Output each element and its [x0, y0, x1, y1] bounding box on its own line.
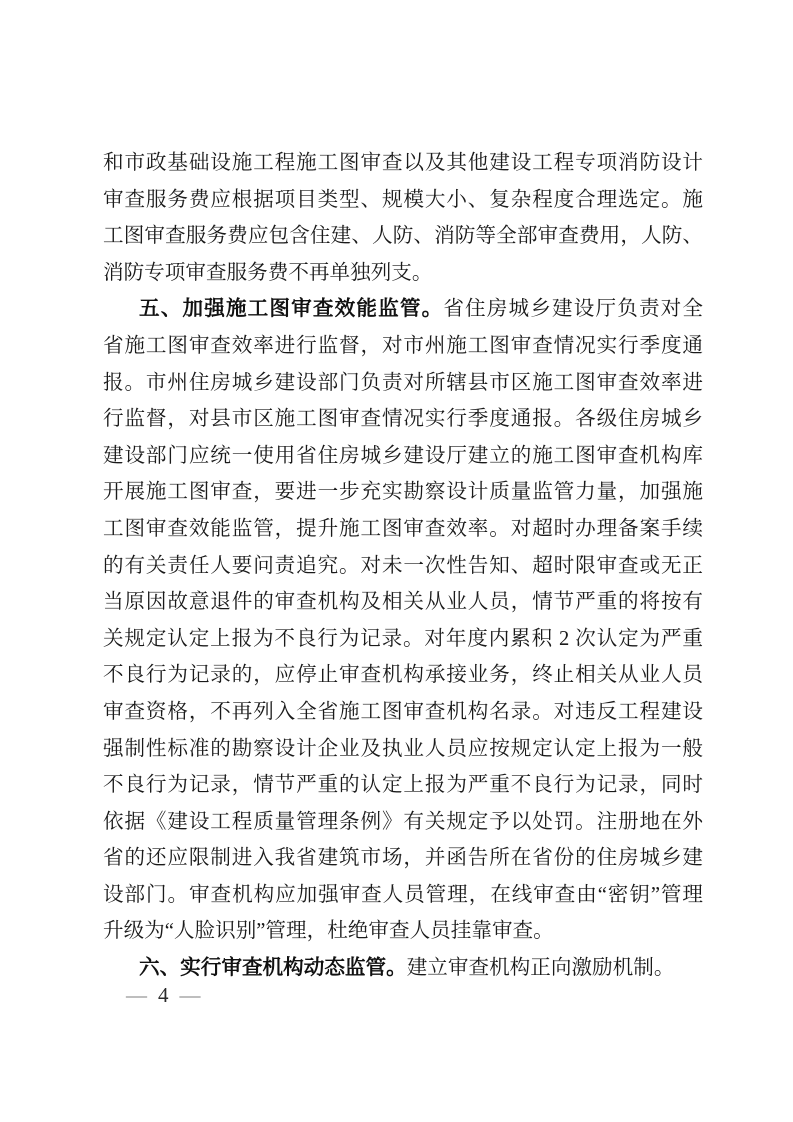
page-number-dash-right: — — [180, 983, 201, 1007]
text-line: 和市政基础设施工程施工图审查以及其他建设工程专项消防设计 — [103, 145, 703, 182]
section-heading: 六、实行审查机构动态监管。 — [139, 956, 407, 979]
line-text: 当原因故意退件的审查机构及相关从业人员，情节严重的将按有 — [103, 591, 703, 613]
text-line: 开展施工图审查，要进一步充实勘察设计质量监管力量，加强施 — [103, 474, 703, 511]
text-line: 设部门。审查机构应加强审查人员管理，在线审查由“密钥”管理 — [103, 877, 703, 914]
text-line: 升级为“人脸识别”管理，杜绝审查人员挂靠审查。 — [103, 913, 703, 950]
line-text: 设部门。审查机构应加强审查人员管理，在线审查由“密钥”管理 — [103, 884, 703, 906]
text-line: 工图审查效能监管，提升施工图审查效率。对超时办理备案手续 — [103, 511, 703, 548]
text-block: 和市政基础设施工程施工图审查以及其他建设工程专项消防设计 审查服务费应根据项目类… — [103, 145, 703, 987]
line-text: 强制性标准的勘察设计企业及执业人员应按规定认定上报为一般 — [103, 738, 703, 760]
line-text: 的有关责任人要问责追究。对未一次性告知、超时限审查或无正 — [103, 555, 703, 577]
line-text: 开展施工图审查，要进一步充实勘察设计质量监管力量，加强施 — [103, 481, 703, 503]
line-text: 建设部门应统一使用省住房城乡建设厅建立的施工图审查机构库 — [103, 445, 703, 467]
text-line: 的有关责任人要问责追究。对未一次性告知、超时限审查或无正 — [103, 548, 703, 585]
page-number: —4— — [126, 982, 201, 1008]
line-text: 省住房城乡建设厅负责对全 — [443, 298, 703, 320]
text-line: 行监督，对县市区施工图审查情况实行季度通报。各级住房城乡 — [103, 401, 703, 438]
text-line: 五、加强施工图审查效能监管。省住房城乡建设厅负责对全 — [103, 291, 703, 328]
text-line: 建设部门应统一使用省住房城乡建设厅建立的施工图审查机构库 — [103, 438, 703, 475]
line-text: 不良行为记录，情节严重的认定上报为严重不良行为记录，同时 — [103, 774, 703, 796]
line-text: 依据《建设工程质量管理条例》有关规定予以处罚。注册地在外 — [103, 811, 703, 833]
line-text: 行监督，对县市区施工图审查情况实行季度通报。各级住房城乡 — [103, 408, 703, 430]
text-line: 不良行为记录，情节严重的认定上报为严重不良行为记录，同时 — [103, 767, 703, 804]
text-line: 当原因故意退件的审查机构及相关从业人员，情节严重的将按有 — [103, 584, 703, 621]
line-text: 报。市州住房城乡建设部门负责对所辖县市区施工图审查效率进 — [103, 372, 703, 394]
line-text: 工图审查效能监管，提升施工图审查效率。对超时办理备案手续 — [103, 518, 703, 540]
page-number-value: 4 — [158, 983, 169, 1007]
line-text: 建立审查机构正向激励机制。 — [407, 957, 675, 979]
line-text: 审查资格，不再列入全省施工图审查机构名录。对违反工程建设 — [103, 701, 703, 723]
text-line: 审查资格，不再列入全省施工图审查机构名录。对违反工程建设 — [103, 694, 703, 731]
line-text: 审查服务费应根据项目类型、规模大小、复杂程度合理选定。施 — [103, 189, 703, 211]
text-line: 省施工图审查效率进行监督，对市州施工图审查情况实行季度通 — [103, 328, 703, 365]
text-line: 审查服务费应根据项目类型、规模大小、复杂程度合理选定。施 — [103, 182, 703, 219]
text-line: 强制性标准的勘察设计企业及执业人员应按规定认定上报为一般 — [103, 731, 703, 768]
line-text: 省的还应限制进入我省建筑市场，并函告所在省份的住房城乡建 — [103, 847, 703, 869]
text-line: 报。市州住房城乡建设部门负责对所辖县市区施工图审查效率进 — [103, 365, 703, 402]
text-line: 不良行为记录的，应停止审查机构承接业务，终止相关从业人员 — [103, 657, 703, 694]
line-text: 不良行为记录的，应停止审查机构承接业务，终止相关从业人员 — [103, 664, 703, 686]
line-text: 关规定认定上报为不良行为记录。对年度内累积 2 次认定为严重 — [103, 628, 703, 650]
line-text: 省施工图审查效率进行监督，对市州施工图审查情况实行季度通 — [103, 335, 703, 357]
text-line: 消防专项审查服务费不再单独列支。 — [103, 255, 703, 292]
text-line: 省的还应限制进入我省建筑市场，并函告所在省份的住房城乡建 — [103, 840, 703, 877]
section-heading: 五、加强施工图审查效能监管。 — [139, 297, 443, 320]
text-line: 依据《建设工程质量管理条例》有关规定予以处罚。注册地在外 — [103, 804, 703, 841]
line-text: 工图审查服务费应包含住建、人防、消防等全部审查费用，人防、 — [103, 225, 703, 247]
text-line: 工图审查服务费应包含住建、人防、消防等全部审查费用，人防、 — [103, 218, 703, 255]
text-line: 关规定认定上报为不良行为记录。对年度内累积 2 次认定为严重 — [103, 621, 703, 658]
line-text: 消防专项审查服务费不再单独列支。 — [103, 262, 433, 284]
line-text: 和市政基础设施工程施工图审查以及其他建设工程专项消防设计 — [103, 152, 703, 174]
page-number-dash-left: — — [126, 983, 147, 1007]
line-text: 升级为“人脸识别”管理，杜绝审查人员挂靠审查。 — [103, 920, 554, 942]
document-page: 和市政基础设施工程施工图审查以及其他建设工程专项消防设计 审查服务费应根据项目类… — [0, 0, 793, 1122]
